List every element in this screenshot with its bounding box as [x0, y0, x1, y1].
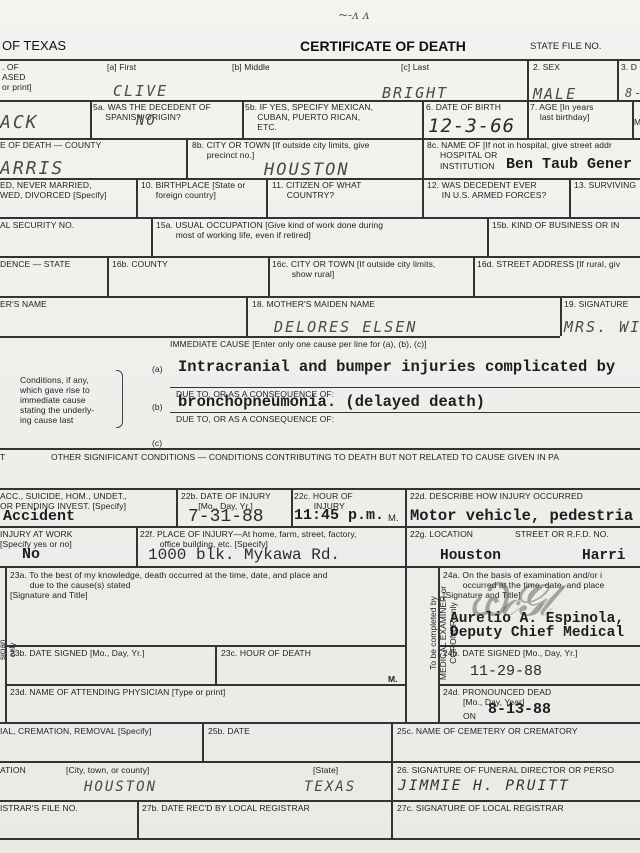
place-of-injury-field[interactable]: 1000 blk. Mykawa Rd. [148, 546, 340, 564]
me-date-signed-label: 24b. DATE SIGNED [Mo., Day, Yr.] [443, 648, 578, 658]
first-name-field[interactable]: CLIVE [113, 82, 168, 100]
state-heading: OF TEXAS [2, 38, 66, 53]
surviving-spouse-label: 13. SURVIVING [574, 180, 636, 190]
city-of-death-label: 8b. CITY OR TOWN [If outside city limits… [192, 140, 369, 160]
conditions-label: Conditions, if any, which gave rise to i… [20, 375, 94, 425]
me-date-signed-field[interactable]: 11-29-88 [470, 663, 542, 680]
date-of-injury-field[interactable]: 7-31-88 [188, 507, 264, 527]
ssn-label: AL SECURITY NO. [0, 220, 74, 230]
funeral-director-field[interactable]: JIMMIE H. PRUITT [398, 778, 570, 794]
residence-county-label: 16b. COUNTY [112, 259, 168, 269]
top-mark: ~-ᴧ ᴧ [338, 8, 369, 22]
hour-of-death-suffix: M. [388, 674, 398, 684]
cause-c-marker: (c) [152, 438, 162, 448]
death-certificate: ~-ᴧ ᴧ OF TEXAS CERTIFICATE OF DEATH STAT… [0, 0, 640, 853]
other-conditions-label: OTHER SIGNIFICANT CONDITIONS — CONDITION… [51, 452, 559, 462]
registrar-file-no-label: ISTRAR'S FILE NO. [0, 803, 78, 813]
last-name-label: [c] Last [401, 62, 429, 72]
date-received-label: 27b. DATE REC'D BY LOCAL REGISTRAR [142, 803, 310, 813]
physician-hour-of-death-label: 23c. HOUR OF DEATH [221, 648, 311, 658]
hour-of-injury-field[interactable]: 11:45 p.m. [294, 507, 384, 524]
attending-physician-label: 23d. NAME OF ATTENDING PHYSICIAN [Type o… [10, 687, 225, 697]
bracket [116, 370, 123, 428]
mother-maiden-name-field[interactable]: DELORES ELSEN [274, 318, 417, 336]
injury-county-field[interactable]: Harri [582, 548, 626, 564]
physician-certification-label: 23a. To the best of my knowledge, death … [10, 570, 327, 600]
residence-city-label: 16c. CITY OR TOWN [If outside city limit… [272, 259, 435, 279]
due-to-b-label: DUE TO, OR AS A CONSEQUENCE OF: [176, 414, 334, 424]
pronounced-on-label: ON [463, 711, 476, 721]
item3-label: 3. D [621, 62, 637, 72]
residence-street-label: 16d. STREET ADDRESS [If rural, giv [477, 259, 620, 269]
middle-name-label: [b] Middle [232, 62, 270, 72]
location-label: 22g. LOCATION [410, 529, 473, 539]
dob-label: 6. DATE OF BIRTH [426, 102, 501, 112]
injury-description-field[interactable]: Motor vehicle, pedestria [410, 507, 633, 525]
disposition-state-label: [State] [313, 765, 338, 775]
disposition-location-label: ATION [0, 765, 26, 775]
informant-signature-field[interactable]: MRS. WI [564, 318, 640, 336]
usual-occupation-label: 15a. USUAL OCCUPATION [Give kind of work… [156, 220, 383, 240]
father-name-label: ER'S NAME [0, 299, 47, 309]
marital-status-label: ED, NEVER MARRIED, WED, DIVORCED [Specif… [0, 180, 107, 200]
hospital-label-3: INSTITUTION [440, 161, 494, 171]
disposition-city-label: [City, town, or county] [66, 765, 149, 775]
disposition-state-field[interactable]: TEXAS [304, 779, 356, 795]
state-file-no-label: STATE FILE NO. [530, 41, 601, 52]
funeral-director-label: 26. SIGNATURE OF FUNERAL DIRECTOR OR PER… [397, 765, 614, 775]
manner-of-death-field[interactable]: Accident [3, 508, 75, 525]
cause-a-field[interactable]: Intracranial and bumper injuries complic… [178, 358, 615, 376]
citizenship-label: 11. CITIZEN OF WHAT COUNTRY? [272, 180, 361, 200]
spanish-specify-label: 5b. IF YES, SPECIFY MEXICAN, CUBAN, PUER… [245, 102, 373, 132]
informant-signature-label: 19. SIGNATURE [564, 299, 628, 309]
hospital-field[interactable]: Ben Taub Gener [506, 156, 632, 173]
decedent-name-label: . OF ASED or print] [2, 62, 62, 92]
hospital-label-2: HOSPITAL OR [440, 150, 497, 160]
certificate-title: CERTIFICATE OF DEATH [300, 38, 466, 54]
disposition-date-label: 25b. DATE [208, 726, 250, 736]
pronounced-dead-field[interactable]: 8-13-88 [488, 701, 551, 718]
sex-label: 2. SEX [533, 62, 560, 72]
mother-maiden-name-label: 18. MOTHER'S MAIDEN NAME [252, 299, 375, 309]
birthplace-label: 10. BIRTHPLACE [State or foreign country… [141, 180, 245, 200]
dob-field[interactable]: 12-3-66 [428, 115, 515, 137]
armed-forces-label: 12. WAS DECEDENT EVER IN U.S. ARMED FORC… [427, 180, 546, 200]
kind-of-business-label: 15b. KIND OF BUSINESS OR IN [492, 220, 619, 230]
cause-b-marker: (b) [152, 402, 163, 412]
physician-date-signed-label: 23b. DATE SIGNED [Mo., Day, Yr.] [10, 648, 145, 658]
injury-description-label: 22d. DESCRIBE HOW INJURY OCCURRED [410, 491, 583, 501]
cause-a-marker: (a) [152, 364, 163, 374]
last-name-field[interactable]: BRIGHT [382, 84, 448, 102]
me-title-field[interactable]: Deputy Chief Medical [450, 625, 624, 641]
first-name-label: [a] First [107, 62, 136, 72]
city-of-death-field[interactable]: HOUSTON [264, 160, 350, 180]
age-label: 7. AGE [In years last birthday] [530, 102, 594, 122]
county-of-death-label: E OF DEATH — COUNTY [0, 140, 101, 150]
residence-state-label: DENCE — STATE [0, 259, 70, 269]
col-m-label: M [634, 117, 640, 127]
part-label: T [0, 452, 5, 462]
pronounced-dead-label: 24d. PRONOUNCED DEAD [443, 687, 551, 697]
immediate-cause-label: IMMEDIATE CAUSE [Enter only one cause pe… [170, 339, 427, 349]
hour-of-injury-suffix: M. [388, 514, 399, 524]
sex-field[interactable]: MALE [533, 85, 577, 103]
registrar-signature-label: 27c. SIGNATURE OF LOCAL REGISTRAR [397, 803, 564, 813]
disposition-city-field[interactable]: HOUSTON [84, 779, 157, 795]
injury-at-work-field[interactable]: No [22, 546, 40, 563]
street-rfd-label: STREET OR R.F.D. NO. [515, 529, 609, 539]
disposition-method-label: IAL, CREMATION, REMOVAL [Specify] [0, 726, 151, 736]
cause-b-field[interactable]: bronchopneumonia. (delayed death) [178, 393, 485, 411]
hospital-label: 8c. NAME OF [If not in hospital, give st… [427, 140, 612, 150]
race-field[interactable]: ACK [0, 112, 39, 133]
spanish-origin-field[interactable]: NO [136, 113, 157, 129]
cemetery-name-label: 25c. NAME OF CEMETERY OR CREMATORY [397, 726, 578, 736]
item3-field[interactable]: 8- [625, 86, 640, 100]
county-of-death-field[interactable]: ARRIS [0, 158, 64, 179]
